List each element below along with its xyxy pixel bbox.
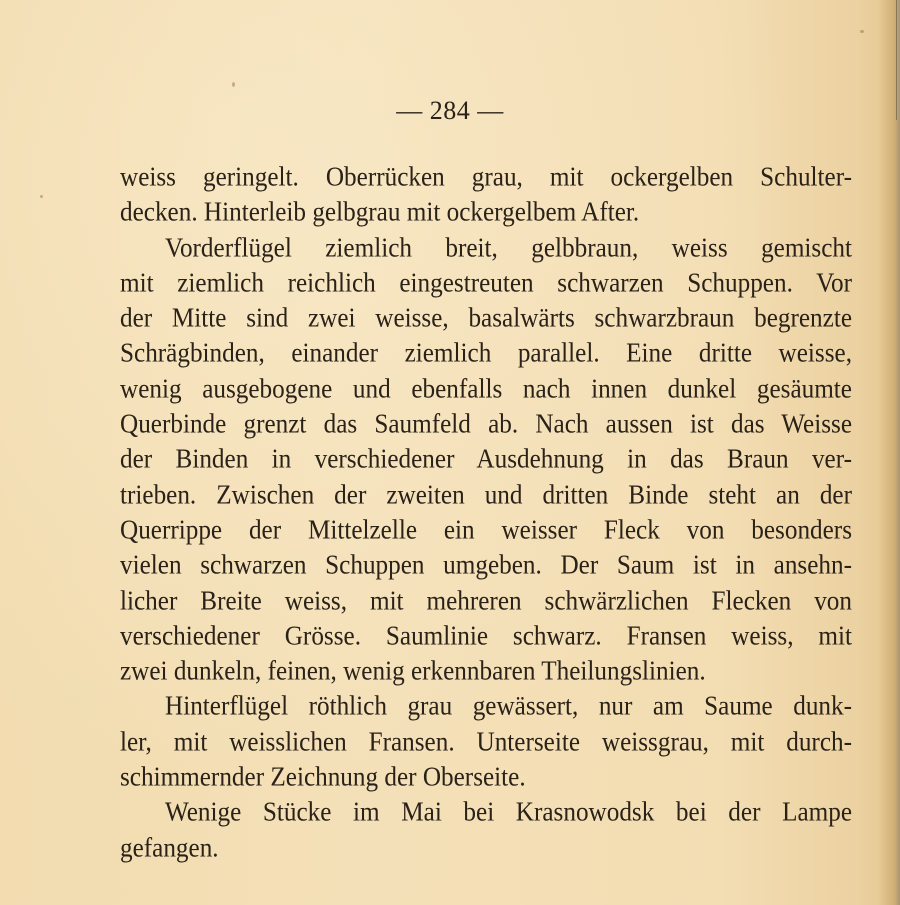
body-text: weiss geringelt. Oberrücken grau, mit oc… bbox=[120, 160, 852, 866]
page-number: — 284 — bbox=[0, 96, 900, 126]
text-line: licher Breite weiss, mit mehreren schwär… bbox=[120, 582, 852, 620]
text-line: gefangen. bbox=[120, 829, 852, 867]
text-line: Hinterflügel röthlich grau gewässert, nu… bbox=[120, 688, 852, 726]
text-line: verschiedener Grösse. Saumlinie schwarz.… bbox=[120, 617, 852, 655]
text-line: mit ziemlich reichlich eingestreuten sch… bbox=[120, 264, 852, 302]
text-line: Querrippe der Mittelzelle ein weisser Fl… bbox=[120, 512, 852, 550]
text-line: Schrägbinden, einander ziemlich parallel… bbox=[120, 335, 852, 373]
paper-speck bbox=[860, 30, 864, 33]
text-line: trieben. Zwischen der zweiten und dritte… bbox=[120, 476, 852, 514]
text-line: decken. Hinterleib gelbgrau mit ockergel… bbox=[120, 194, 852, 232]
text-line: ler, mit weisslichen Fransen. Unterseite… bbox=[120, 723, 852, 761]
paper-speck bbox=[40, 195, 43, 198]
text-line: schimmernder Zeichnung der Oberseite. bbox=[120, 759, 852, 797]
book-page: — 284 — weiss geringelt. Oberrücken grau… bbox=[0, 0, 900, 905]
text-line: der Mitte sind zwei weisse, basalwärts s… bbox=[120, 300, 852, 338]
text-line: zwei dunkeln, feinen, wenig erkennbaren … bbox=[120, 653, 852, 691]
text-line: Querbinde grenzt das Saumfeld ab. Nach a… bbox=[120, 406, 852, 444]
page-gutter-shadow bbox=[878, 0, 900, 905]
text-line: vielen schwarzen Schuppen umgeben. Der S… bbox=[120, 547, 852, 585]
text-line: der Binden in verschiedener Ausdehnung i… bbox=[120, 441, 852, 479]
paper-speck bbox=[232, 82, 235, 87]
text-line: wenig ausgebogene und ebenfalls nach inn… bbox=[120, 370, 852, 408]
text-line: Vorderflügel ziemlich breit, gelbbraun, … bbox=[120, 229, 852, 267]
text-line: Wenige Stücke im Mai bei Krasnowodsk bei… bbox=[120, 794, 852, 832]
text-line: weiss geringelt. Oberrücken grau, mit oc… bbox=[120, 159, 852, 197]
